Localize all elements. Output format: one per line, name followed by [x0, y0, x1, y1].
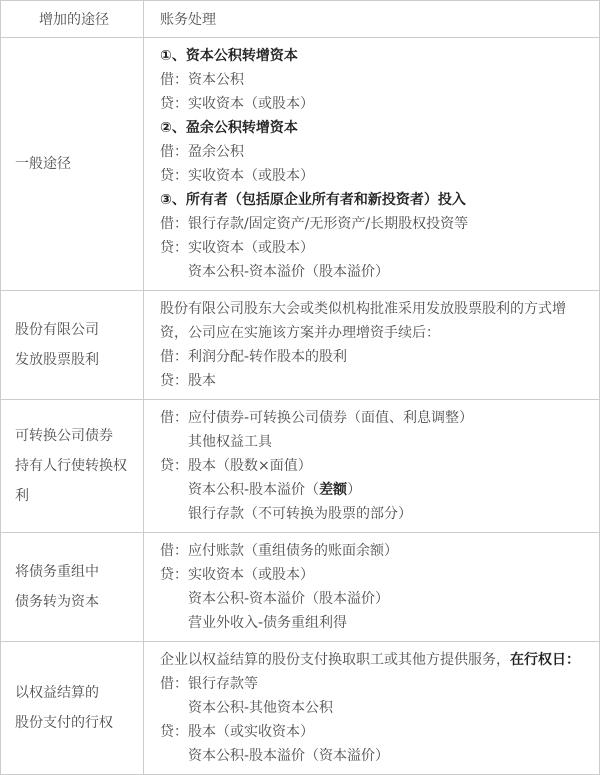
- table-row: 以权益结算的股份支付的行权企业以权益结算的股份支付换取职工或其他方提供服务，在行…: [1, 641, 599, 774]
- entry-text: ）: [347, 482, 361, 498]
- entry-line: 借：银行存款/固定资产/无形资产/长期股权投资等: [160, 212, 587, 236]
- entry-line: 借：资本公积: [160, 68, 587, 92]
- capital-increase-table: 增加的途径 账务处理 一般途径①、资本公积转增资本借：资本公积贷：实收资本（或股…: [0, 0, 600, 775]
- way-label-line: 发放股票股利: [15, 345, 133, 375]
- entry-line: ①、资本公积转增资本: [160, 44, 587, 68]
- entry-line: 股份有限公司股东大会或类似机构批准采用发放股票股利的方式增资，公司应在实施该方案…: [160, 297, 587, 345]
- way-label-line: 股份有限公司: [15, 315, 133, 345]
- entry-line: 借：应付债券-可转换公司债券（面值、利息调整）: [160, 406, 587, 430]
- way-cell: 股份有限公司发放股票股利: [1, 291, 144, 399]
- entry-text: 资本公积-股本溢价（资本溢价）: [188, 748, 389, 764]
- treatment-cell: 股份有限公司股东大会或类似机构批准采用发放股票股利的方式增资，公司应在实施该方案…: [144, 291, 599, 399]
- table-row: 股份有限公司发放股票股利股份有限公司股东大会或类似机构批准采用发放股票股利的方式…: [1, 290, 599, 399]
- entry-text: 贷：实收资本（或股本）: [160, 567, 314, 583]
- entry-text: 借：资本公积: [160, 72, 244, 88]
- entry-line: 银行存款（不可转换为股票的部分）: [160, 502, 587, 526]
- entry-text: 贷：实收资本（或股本）: [160, 168, 314, 184]
- entry-line: 贷：实收资本（或股本）: [160, 92, 587, 116]
- way-label-line: 可转换公司债券: [15, 421, 133, 451]
- entry-line: 资本公积-资本溢价（股本溢价）: [160, 587, 587, 611]
- way-label-line: 以权益结算的: [15, 678, 133, 708]
- entry-text: 营业外收入-债务重组利得: [188, 615, 347, 631]
- entry-text: 股份有限公司股东大会或类似机构批准采用发放股票股利的方式增资，公司应在实施该方案…: [160, 301, 566, 341]
- treatment-cell: 借：应付账款（重组债务的账面余额）贷：实收资本（或股本）资本公积-资本溢价（股本…: [144, 533, 599, 641]
- treatment-cell: 借：应付债券-可转换公司债券（面值、利息调整）其他权益工具贷：股本（股数×面值）…: [144, 400, 599, 532]
- entry-text: 银行存款（不可转换为股票的部分）: [188, 506, 412, 522]
- entry-text: 借：盈余公积: [160, 144, 244, 160]
- entry-line: 资本公积-股本溢价（差额）: [160, 478, 587, 502]
- table-row: 将债务重组中债务转为资本借：应付账款（重组债务的账面余额）贷：实收资本（或股本）…: [1, 532, 599, 641]
- entry-text: 贷：股本（股数×面值）: [160, 458, 312, 474]
- way-cell: 可转换公司债券持有人行使转换权利: [1, 400, 144, 532]
- entry-text: 资本公积-其他资本公积: [188, 700, 333, 716]
- treatment-cell: ①、资本公积转增资本借：资本公积贷：实收资本（或股本）②、盈余公积转增资本借：盈…: [144, 38, 599, 290]
- entry-line: ③、所有者（包括原企业所有者和新投资者）投入: [160, 188, 587, 212]
- entry-line: 资本公积-股本溢价（资本溢价）: [160, 744, 587, 768]
- entry-line: 贷：股本: [160, 369, 587, 393]
- entry-text-bold: ③、所有者（包括原企业所有者和新投资者）投入: [160, 192, 466, 208]
- entry-text: 借：应付账款（重组债务的账面余额）: [160, 543, 398, 559]
- table-header-row: 增加的途径 账务处理: [1, 1, 599, 37]
- way-label-line: 一般途径: [15, 149, 133, 179]
- table-row: 可转换公司债券持有人行使转换权利借：应付债券-可转换公司债券（面值、利息调整）其…: [1, 399, 599, 532]
- entry-text: 其他权益工具: [188, 434, 272, 450]
- entry-text: 贷：实收资本（或股本）: [160, 96, 314, 112]
- entry-line: 贷：实收资本（或股本）: [160, 236, 587, 260]
- way-label-line: 股份支付的行权: [15, 708, 133, 738]
- entry-line: 借：盈余公积: [160, 140, 587, 164]
- entry-line: 资本公积-其他资本公积: [160, 696, 587, 720]
- entry-line: 贷：股本（股数×面值）: [160, 454, 587, 478]
- table-rows: 一般途径①、资本公积转增资本借：资本公积贷：实收资本（或股本）②、盈余公积转增资…: [1, 37, 599, 774]
- table-row: 一般途径①、资本公积转增资本借：资本公积贷：实收资本（或股本）②、盈余公积转增资…: [1, 37, 599, 290]
- entry-text-bold: 在行权日：: [510, 652, 580, 668]
- entry-line: 企业以权益结算的股份支付换取职工或其他方提供服务，在行权日：: [160, 648, 587, 672]
- entry-text: 借：应付债券-可转换公司债券（面值、利息调整）: [160, 410, 473, 426]
- entry-text: 资本公积-股本溢价（: [188, 482, 319, 498]
- way-label-line: 将债务重组中: [15, 557, 133, 587]
- header-treatment-column: 账务处理: [144, 1, 599, 37]
- entry-line: 营业外收入-债务重组利得: [160, 611, 587, 635]
- entry-text-bold: 差额: [319, 482, 347, 498]
- entry-text: 资本公积-资本溢价（股本溢价）: [188, 264, 389, 280]
- entry-line: 贷：实收资本（或股本）: [160, 164, 587, 188]
- entry-line: 资本公积-资本溢价（股本溢价）: [160, 260, 587, 284]
- way-cell: 将债务重组中债务转为资本: [1, 533, 144, 641]
- entry-line: 贷：实收资本（或股本）: [160, 563, 587, 587]
- entry-line: 借：银行存款等: [160, 672, 587, 696]
- way-cell: 以权益结算的股份支付的行权: [1, 642, 144, 774]
- way-label-line: 持有人行使转换权利: [15, 451, 133, 511]
- entry-text: 借：银行存款等: [160, 676, 258, 692]
- entry-line: 借：应付账款（重组债务的账面余额）: [160, 539, 587, 563]
- entry-text: 资本公积-资本溢价（股本溢价）: [188, 591, 389, 607]
- entry-text: 贷：股本: [160, 373, 216, 389]
- entry-text: 借：银行存款/固定资产/无形资产/长期股权投资等: [160, 216, 468, 232]
- entry-text-bold: ②、盈余公积转增资本: [160, 120, 298, 136]
- entry-line: 借：利润分配-转作股本的股利: [160, 345, 587, 369]
- entry-line: ②、盈余公积转增资本: [160, 116, 587, 140]
- way-label-line: 债务转为资本: [15, 587, 133, 617]
- entry-line: 其他权益工具: [160, 430, 587, 454]
- header-way-column: 增加的途径: [1, 1, 144, 37]
- entry-text: 贷：股本（或实收资本）: [160, 724, 314, 740]
- entry-text-bold: ①、资本公积转增资本: [160, 48, 298, 64]
- entry-text: 借：利润分配-转作股本的股利: [160, 349, 347, 365]
- treatment-cell: 企业以权益结算的股份支付换取职工或其他方提供服务，在行权日：借：银行存款等资本公…: [144, 642, 599, 774]
- entry-text: 企业以权益结算的股份支付换取职工或其他方提供服务，: [160, 652, 510, 668]
- entry-line: 贷：股本（或实收资本）: [160, 720, 587, 744]
- entry-text: 贷：实收资本（或股本）: [160, 240, 314, 256]
- way-cell: 一般途径: [1, 38, 144, 290]
